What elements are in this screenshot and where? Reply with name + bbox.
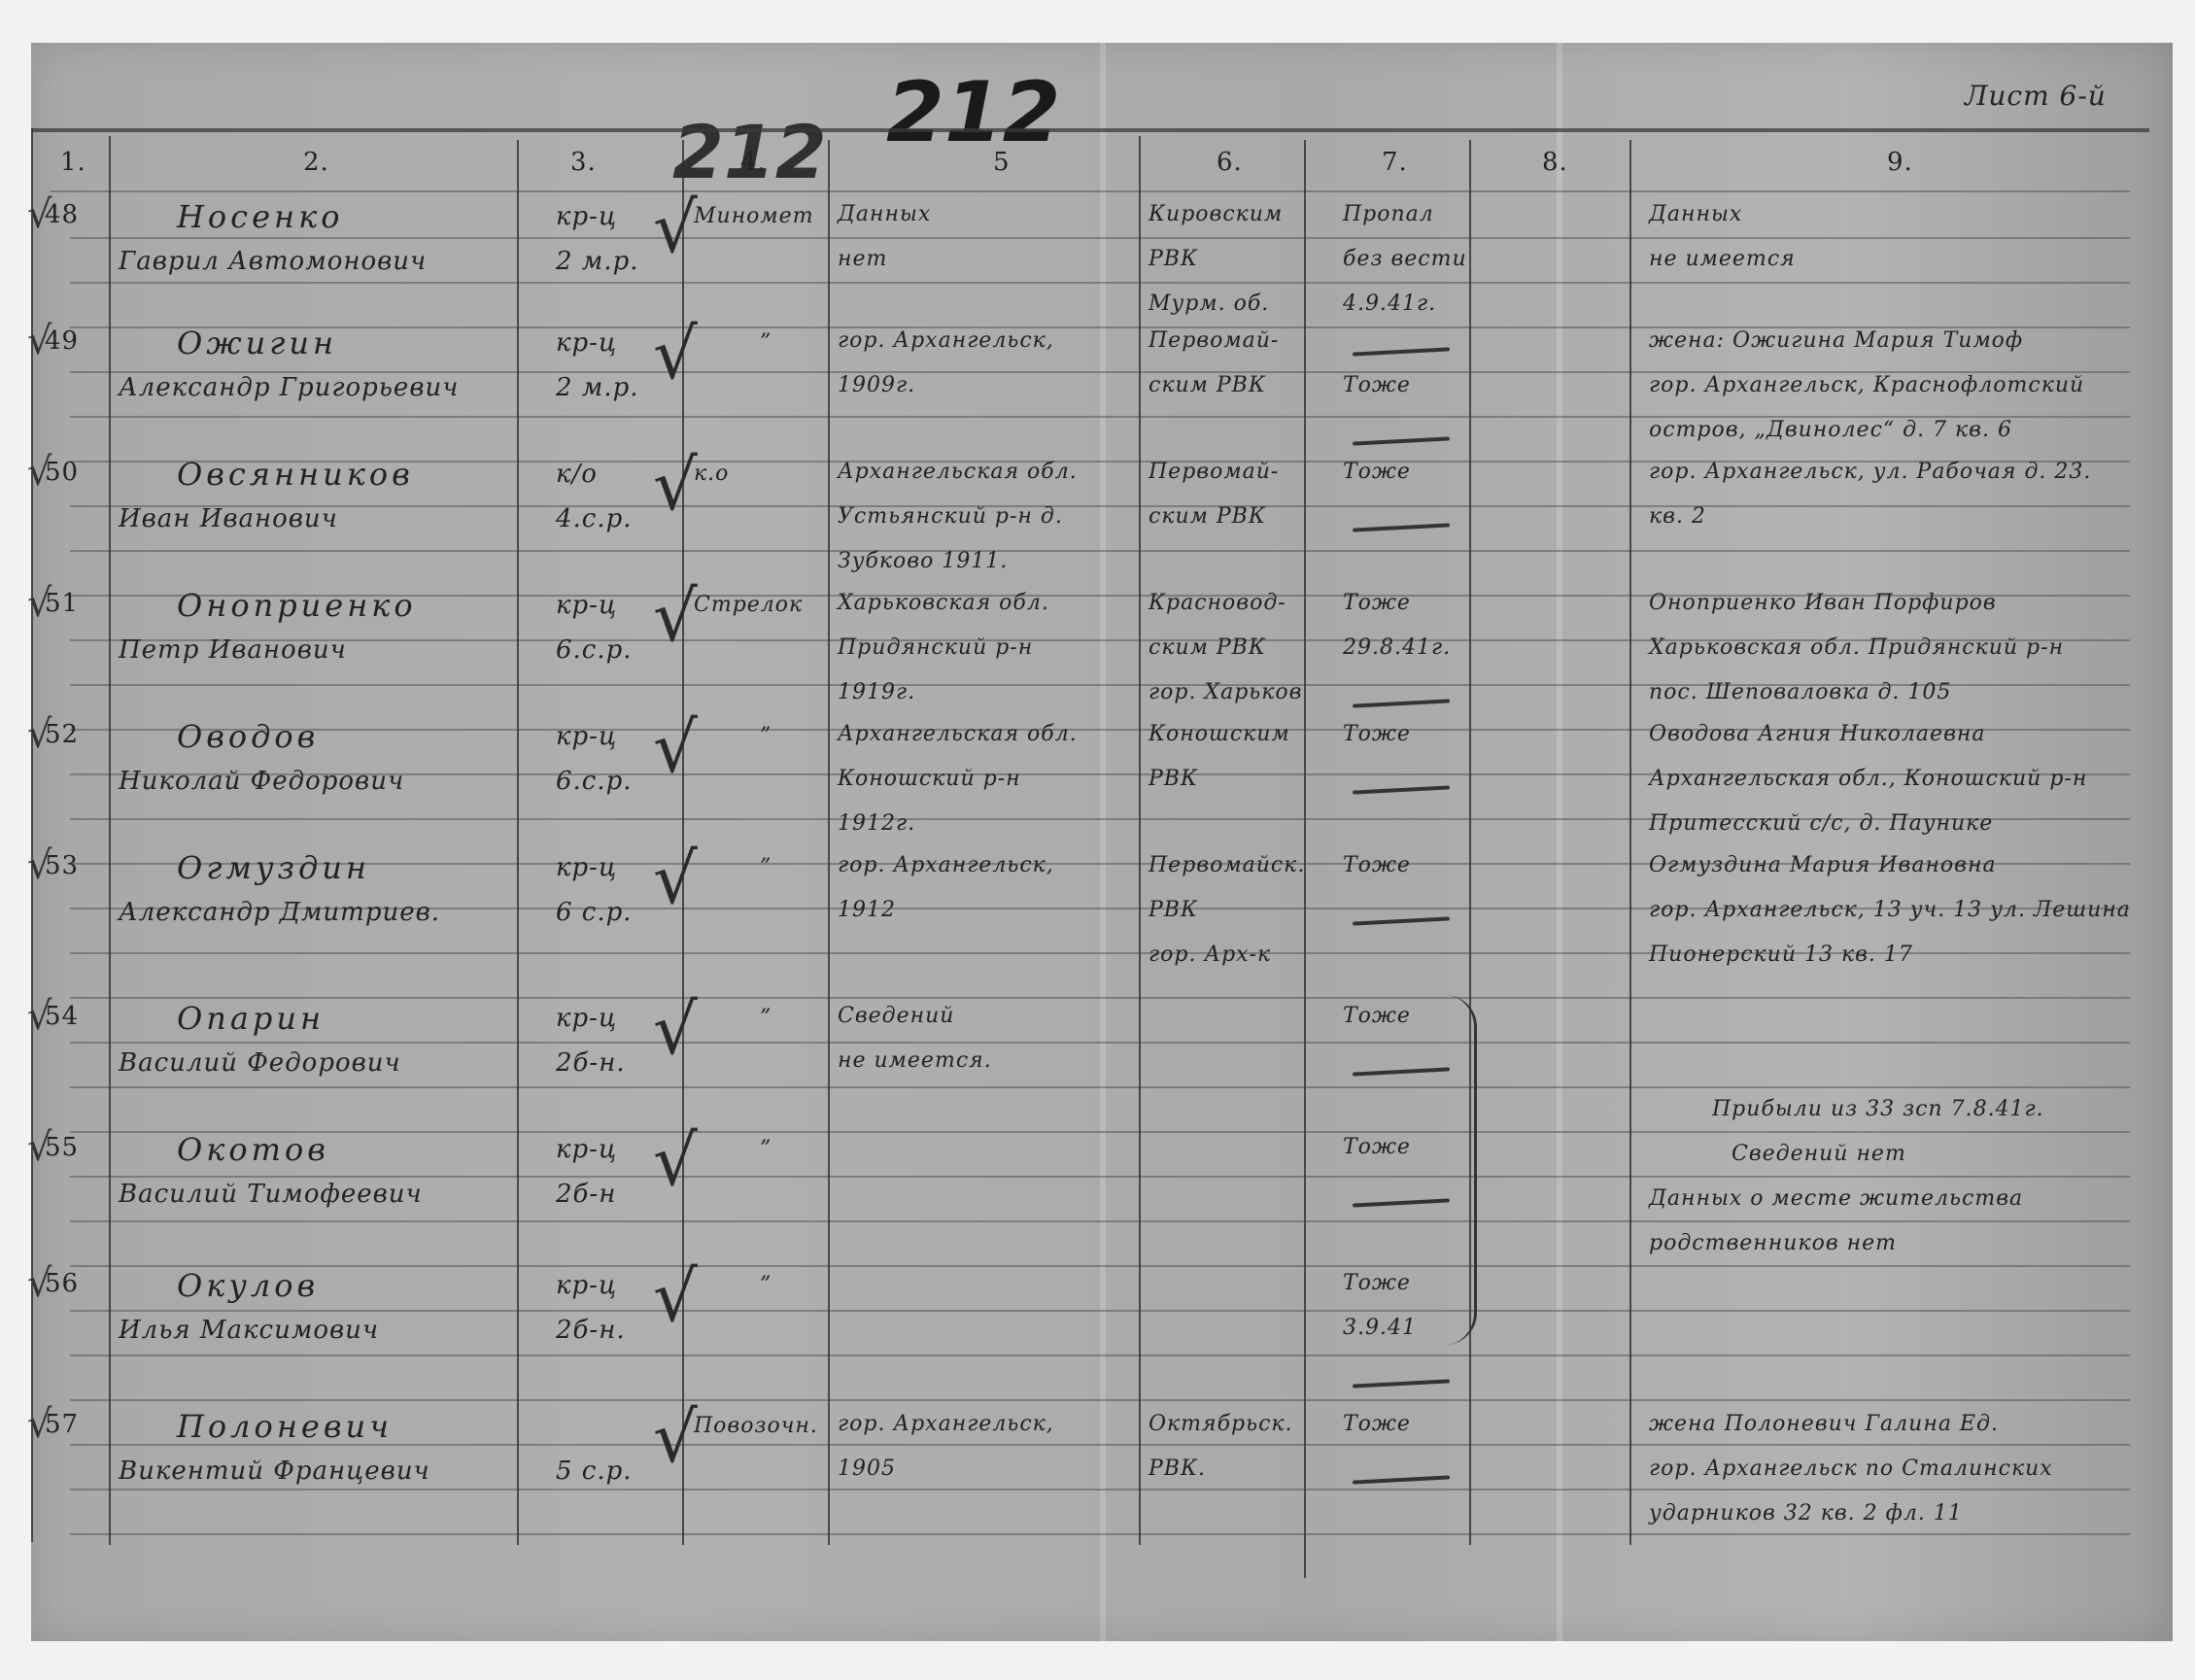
rank: кр-ц <box>556 1135 617 1164</box>
surname: Оводов <box>177 718 319 755</box>
tick-mark-icon: √ <box>27 843 52 888</box>
unit: 5 с.р. <box>556 1457 633 1486</box>
unit: 6.с.р. <box>556 767 633 796</box>
tick-mark-icon: √ <box>27 1402 52 1447</box>
birthplace-line: 1912г. <box>838 811 915 836</box>
first-name-patronymic: Иван Иванович <box>119 504 338 533</box>
ruled-line <box>70 1310 2130 1312</box>
fate-line: Пропал <box>1343 202 1434 226</box>
specialty: Повозочн. <box>694 1414 818 1438</box>
relatives-line: остров, „Двинолес“ д. 7 кв. 6 <box>1649 418 2012 442</box>
birthplace-line: Придянский р-н <box>838 635 1033 660</box>
surname: Огмуздин <box>177 849 370 886</box>
checkmark-icon: √ <box>653 192 698 262</box>
fate-line: Тоже <box>1343 591 1411 615</box>
ruled-line <box>70 1176 2130 1178</box>
ruled-line <box>70 550 2130 552</box>
birthplace-line: Сведений <box>838 1004 954 1028</box>
dash-mark <box>1353 785 1450 794</box>
fate-line: Тоже <box>1343 373 1411 397</box>
first-name-patronymic: Василий Федорович <box>119 1048 401 1078</box>
rank: кр-ц <box>556 328 617 358</box>
birthplace-line: Данных <box>838 202 931 226</box>
dash-mark <box>1353 347 1450 356</box>
rvk-line: Кировским <box>1149 202 1283 226</box>
column-line <box>828 140 830 1545</box>
rvk-line: Мурм. об. <box>1149 291 1269 316</box>
tick-mark-icon: √ <box>27 1261 52 1306</box>
column-line <box>109 136 111 1545</box>
rvk-line: Коношским <box>1149 722 1290 746</box>
birthplace-line: 1909г. <box>838 373 915 397</box>
column-header-3: 3. <box>570 148 597 177</box>
column-header-1: 1. <box>60 148 86 177</box>
first-name-patronymic: Николай Федорович <box>119 767 404 796</box>
relatives-line: Пионерский 13 кв. 17 <box>1649 943 1913 967</box>
birthplace-line: 1919г. <box>838 680 915 704</box>
unit: 2б-н. <box>556 1048 626 1078</box>
tick-mark-icon: √ <box>27 319 52 363</box>
column-header-2: 2. <box>303 148 329 177</box>
birthplace-line: 1912 <box>838 898 896 922</box>
ruled-line <box>70 282 2130 284</box>
specialty: Стрелок <box>694 593 803 617</box>
ruled-line <box>70 1533 2130 1535</box>
checkmark-icon: √ <box>653 450 698 520</box>
surname: Ожигин <box>177 325 337 361</box>
surname: Окулов <box>177 1267 319 1304</box>
column-line <box>517 140 519 1545</box>
birthplace-line: гор. Архангельск, <box>838 853 1054 877</box>
relatives-line: Данных <box>1649 202 1742 226</box>
specialty: ” <box>760 330 772 355</box>
checkmark-icon: √ <box>653 581 698 651</box>
tick-mark-icon: √ <box>27 1125 52 1170</box>
column-header-5: 5 <box>993 148 1011 177</box>
rank: кр-ц <box>556 591 617 620</box>
column-header-7: 7. <box>1382 148 1408 177</box>
birthplace-line: Архангельская обл. <box>838 460 1078 484</box>
first-name-patronymic: Илья Максимович <box>119 1316 379 1345</box>
first-name-patronymic: Гаврил Автомонович <box>119 247 427 276</box>
sheet-label: Лист 6-й <box>1965 80 2107 112</box>
rank: к/о <box>556 460 598 489</box>
rank: кр-ц <box>556 1271 617 1300</box>
ruled-line <box>70 1354 2130 1356</box>
surname: Овсянников <box>177 456 414 493</box>
grouping-brace <box>1445 995 1477 1345</box>
ruled-line <box>70 237 2130 239</box>
surname: Опарин <box>177 1000 325 1037</box>
ruled-line <box>70 1265 2130 1267</box>
birthplace-line: Архангельская обл. <box>838 722 1078 746</box>
table-top-border <box>31 128 2149 132</box>
relatives-line: ударников 32 кв. 2 фл. 11 <box>1649 1501 1963 1526</box>
relatives-line: Харьковская обл. Придянский р-н <box>1649 635 2064 660</box>
specialty: ” <box>760 724 772 748</box>
unit: 6 с.р. <box>556 898 633 927</box>
relatives-line: не имеется <box>1649 247 1796 271</box>
birthplace-line: нет <box>838 247 887 271</box>
ruled-line <box>70 1399 2130 1401</box>
fate-line: 3.9.41 <box>1343 1316 1417 1340</box>
first-name-patronymic: Александр Дмитриев. <box>119 898 440 927</box>
column-line <box>1469 140 1471 1545</box>
birthplace-line: Коношский р-н <box>838 767 1021 791</box>
unit: 2 м.р. <box>556 247 639 276</box>
rvk-line: гор. Харьков <box>1149 680 1302 704</box>
relatives-line: жена: Ожигина Мария Тимоф <box>1649 328 2023 353</box>
checkmark-icon: √ <box>653 1261 698 1331</box>
birthplace-line: Харьковская обл. <box>838 591 1049 615</box>
checkmark-icon: √ <box>653 994 698 1064</box>
birthplace-line: Зубково 1911. <box>838 549 1008 573</box>
relatives-line: родственников нет <box>1649 1231 1897 1255</box>
column-header-6: 6. <box>1217 148 1243 177</box>
fate-line: Тоже <box>1343 722 1411 746</box>
ruled-line <box>70 1086 2130 1088</box>
checkmark-icon: √ <box>653 712 698 782</box>
relatives-line: Сведений нет <box>1732 1142 1906 1166</box>
document-sheet: 212 212 Лист 6-й 1. 2. 3. 4. 5 6. 7. 8. … <box>31 43 2173 1641</box>
birthplace-line: гор. Архангельск, <box>838 328 1054 353</box>
birthplace-line: Устьянский р-н д. <box>838 504 1063 529</box>
ruled-line <box>70 1131 2130 1133</box>
unit: 4.с.р. <box>556 504 633 533</box>
relatives-line: кв. 2 <box>1649 504 1706 529</box>
relatives-line: гор. Архангельск, Краснофлотский <box>1649 373 2084 397</box>
relatives-line: Архангельская обл., Коношский р-н <box>1649 767 2087 791</box>
specialty: ” <box>760 855 772 879</box>
rank: кр-ц <box>556 202 617 231</box>
first-name-patronymic: Василий Тимофеевич <box>119 1180 423 1209</box>
tick-mark-icon: √ <box>27 192 52 237</box>
tick-mark-icon: √ <box>27 712 52 757</box>
rvk-line: Октябрьск. <box>1149 1412 1293 1436</box>
rank: кр-ц <box>556 1004 617 1033</box>
dash-mark <box>1353 699 1450 707</box>
surname: Окотов <box>177 1131 329 1168</box>
rvk-line: ским РВК <box>1149 635 1266 660</box>
relatives-line: пос. Шеповаловка д. 105 <box>1649 680 1951 704</box>
ruled-line <box>70 1489 2130 1491</box>
fate-line: 29.8.41г. <box>1343 635 1451 660</box>
dash-mark <box>1353 1067 1450 1076</box>
rvk-line: Красновод- <box>1149 591 1286 615</box>
specialty: Миномет <box>694 204 814 228</box>
column-line <box>1139 136 1141 1545</box>
rvk-line: Первомайск. <box>1149 853 1305 877</box>
surname: Полоневич <box>177 1408 393 1445</box>
specialty: к.о <box>694 462 729 486</box>
relatives-line: Оноприенко Иван Порфиров <box>1649 591 1997 615</box>
relatives-line: жена Полоневич Галина Ед. <box>1649 1412 1999 1436</box>
ruled-line <box>70 505 2130 507</box>
tick-mark-icon: √ <box>27 450 52 495</box>
page-number-stamp: 212 <box>886 64 1061 161</box>
specialty: ” <box>760 1006 772 1030</box>
first-name-patronymic: Александр Григорьевич <box>119 373 459 402</box>
relatives-line: гор. Архангельск, 13 уч. 13 ул. Лешина <box>1649 898 2131 922</box>
tick-mark-icon: √ <box>27 581 52 626</box>
column-line <box>1629 140 1631 1545</box>
dash-mark <box>1353 523 1450 531</box>
specialty: ” <box>760 1137 772 1161</box>
unit: 6.с.р. <box>556 635 633 665</box>
surname: Оноприенко <box>177 587 417 624</box>
rvk-line: гор. Арх-к <box>1149 943 1271 967</box>
surname: Носенко <box>177 198 343 235</box>
dash-mark <box>1353 436 1450 445</box>
header-divider <box>51 190 2130 192</box>
first-name-patronymic: Викентий Францевич <box>119 1457 430 1486</box>
tick-mark-icon: √ <box>27 994 52 1039</box>
relatives-line: Огмуздина Мария Ивановна <box>1649 853 1997 877</box>
fate-line: 4.9.41г. <box>1343 291 1436 316</box>
fate-line: Тоже <box>1343 853 1411 877</box>
dash-mark <box>1353 1379 1450 1388</box>
relatives-line: гор. Архангельск по Сталинских <box>1649 1457 2053 1481</box>
rvk-line: Первомай- <box>1149 460 1279 484</box>
column-header-8: 8. <box>1542 148 1568 177</box>
rank: кр-ц <box>556 853 617 882</box>
first-name-patronymic: Петр Иванович <box>119 635 347 665</box>
relatives-line: гор. Архангельск, ул. Рабочая д. 23. <box>1649 460 2091 484</box>
relatives-line: Прибыли из 33 зсп 7.8.41г. <box>1712 1097 2044 1121</box>
relatives-line: Данных о месте жительства <box>1649 1186 2023 1211</box>
fate-line: без вести <box>1343 247 1467 271</box>
unit: 2б-н. <box>556 1316 626 1345</box>
fate-line: Тоже <box>1343 1135 1411 1159</box>
fate-line: Тоже <box>1343 1004 1411 1028</box>
checkmark-icon: √ <box>653 843 698 913</box>
fate-line: Тоже <box>1343 1412 1411 1436</box>
specialty: ” <box>760 1273 772 1297</box>
dash-mark <box>1353 916 1450 925</box>
birthplace-line: гор. Архангельск, <box>838 1412 1054 1436</box>
ruled-line <box>70 997 2130 999</box>
fate-line: Тоже <box>1343 460 1411 484</box>
ruled-line <box>70 1220 2130 1222</box>
dash-mark <box>1353 1475 1450 1484</box>
relatives-line: Оводова Агния Николаевна <box>1649 722 1985 746</box>
checkmark-icon: √ <box>653 1402 698 1472</box>
relatives-line: Притесский с/с, д. Паунике <box>1649 811 1993 836</box>
rvk-line: ским РВК <box>1149 504 1266 529</box>
checkmark-icon: √ <box>653 1125 698 1195</box>
rvk-line: РВК <box>1149 767 1198 791</box>
rank: кр-ц <box>556 722 617 751</box>
rvk-line: РВК. <box>1149 1457 1206 1481</box>
rvk-line: РВК <box>1149 898 1198 922</box>
column-header-9: 9. <box>1887 148 1913 177</box>
dash-mark <box>1353 1198 1450 1207</box>
ruled-line <box>70 1042 2130 1044</box>
birthplace-line: 1905 <box>838 1457 896 1481</box>
unit: 2б-н <box>556 1180 616 1209</box>
checkmark-icon: √ <box>653 319 698 389</box>
column-header-4: 4. <box>740 148 767 177</box>
fate-line: Тоже <box>1343 1271 1411 1295</box>
rvk-line: ским РВК <box>1149 373 1266 397</box>
unit: 2 м.р. <box>556 373 639 402</box>
rvk-line: РВК <box>1149 247 1198 271</box>
birthplace-line: не имеется. <box>838 1048 992 1073</box>
rvk-line: Первомай- <box>1149 328 1279 353</box>
